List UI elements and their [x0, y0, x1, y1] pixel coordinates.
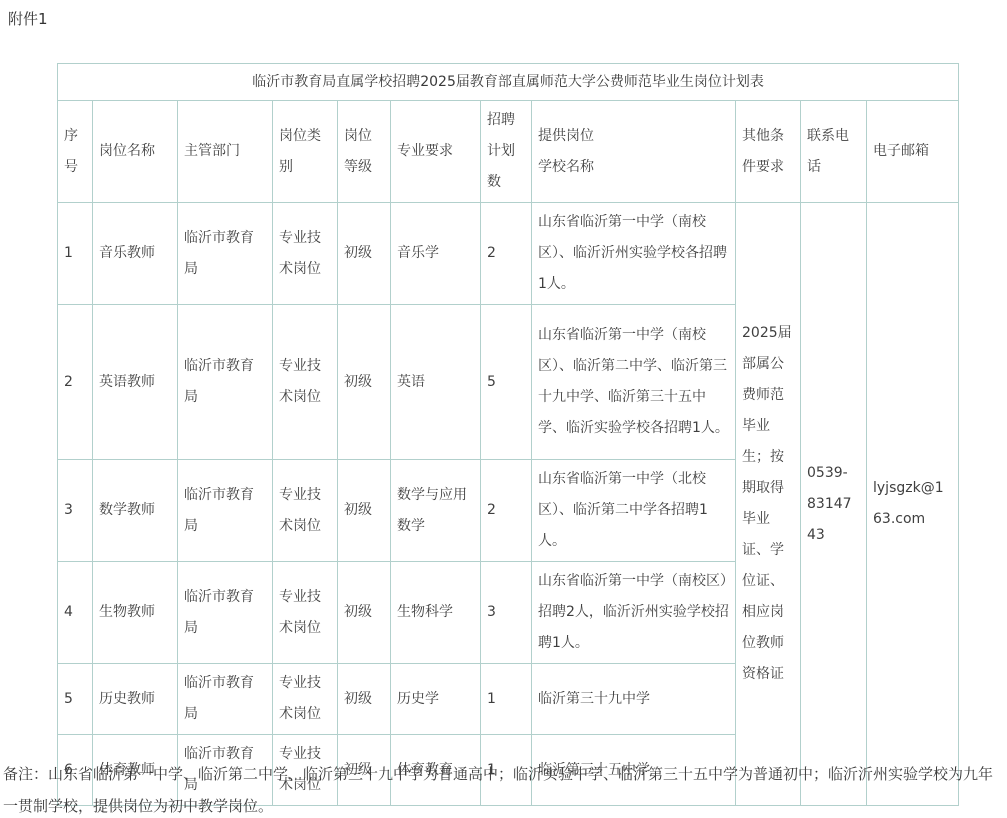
- cell-post-name: 生物教师: [93, 562, 178, 664]
- cell-other-requirements: 2025届部属公费师范毕业生；按期取得毕业证、学位证、相应岗位教师资格证: [736, 203, 801, 806]
- header-major-requirement: 专业要求: [391, 101, 481, 203]
- cell-serial-number: 5: [58, 664, 93, 735]
- cell-schools: 山东省临沂第一中学（南校区）、临沂第二中学、临沂第三十九中学、临沂第三十五中学、…: [532, 305, 736, 460]
- table-header-row: 序 号 岗位名称 主管部门 岗位类 别 岗位 等级 专业要求 招聘 计划数 提供…: [58, 101, 959, 203]
- cell-major: 历史学: [391, 664, 481, 735]
- header-post-grade: 岗位 等级: [338, 101, 391, 203]
- cell-department: 临沂市教育局: [178, 664, 273, 735]
- cell-post-name: 历史教师: [93, 664, 178, 735]
- cell-major: 英语: [391, 305, 481, 460]
- cell-post-name: 英语教师: [93, 305, 178, 460]
- header-supervising-department: 主管部门: [178, 101, 273, 203]
- cell-count: 5: [481, 305, 532, 460]
- cell-post-category: 专业技术岗位: [273, 305, 338, 460]
- cell-post-name: 数学教师: [93, 460, 178, 562]
- cell-post-category: 专业技术岗位: [273, 562, 338, 664]
- table-title: 临沂市教育局直属学校招聘2025届教育部直属师范大学公费师范毕业生岗位计划表: [58, 64, 959, 101]
- cell-post-category: 专业技术岗位: [273, 203, 338, 305]
- cell-serial-number: 4: [58, 562, 93, 664]
- header-post-name: 岗位名称: [93, 101, 178, 203]
- table-row: 1 音乐教师 临沂市教育局 专业技术岗位 初级 音乐学 2 山东省临沂第一中学（…: [58, 203, 959, 305]
- cell-schools: 山东省临沂第一中学（南校区）招聘2人，临沂沂州实验学校招聘1人。: [532, 562, 736, 664]
- cell-serial-number: 1: [58, 203, 93, 305]
- cell-count: 2: [481, 203, 532, 305]
- cell-department: 临沂市教育局: [178, 203, 273, 305]
- cell-serial-number: 2: [58, 305, 93, 460]
- cell-post-category: 专业技术岗位: [273, 664, 338, 735]
- cell-post-grade: 初级: [338, 203, 391, 305]
- cell-count: 3: [481, 562, 532, 664]
- header-email: 电子邮箱: [867, 101, 959, 203]
- page: 附件1 临沂市教育局直属学校招聘2025届教育部直属师范大学公费师范毕业生岗位计…: [0, 0, 1007, 818]
- cell-contact-phone: 0539-8314743: [801, 203, 867, 806]
- cell-department: 临沂市教育局: [178, 562, 273, 664]
- header-planned-count: 招聘 计划数: [481, 101, 532, 203]
- table-note: 备注：山东省临沂第一中学、临沂第二中学、临沂第三十九中学为普通高中；临沂实验中学…: [3, 758, 1005, 818]
- cell-department: 临沂市教育局: [178, 460, 273, 562]
- cell-post-grade: 初级: [338, 305, 391, 460]
- attachment-label: 附件1: [8, 8, 48, 29]
- recruitment-table: 临沂市教育局直属学校招聘2025届教育部直属师范大学公费师范毕业生岗位计划表 序…: [57, 63, 959, 806]
- cell-major: 数学与应用数学: [391, 460, 481, 562]
- cell-email: lyjsgzk@163.com: [867, 203, 959, 806]
- cell-schools: 山东省临沂第一中学（南校区）、临沂沂州实验学校各招聘1人。: [532, 203, 736, 305]
- table-title-row: 临沂市教育局直属学校招聘2025届教育部直属师范大学公费师范毕业生岗位计划表: [58, 64, 959, 101]
- cell-post-category: 专业技术岗位: [273, 460, 338, 562]
- header-school-names: 提供岗位 学校名称: [532, 101, 736, 203]
- cell-schools: 临沂第三十九中学: [532, 664, 736, 735]
- cell-major: 音乐学: [391, 203, 481, 305]
- cell-department: 临沂市教育局: [178, 305, 273, 460]
- cell-count: 2: [481, 460, 532, 562]
- cell-count: 1: [481, 664, 532, 735]
- cell-post-grade: 初级: [338, 664, 391, 735]
- header-post-category: 岗位类 别: [273, 101, 338, 203]
- cell-post-grade: 初级: [338, 460, 391, 562]
- cell-schools: 山东省临沂第一中学（北校区）、临沂第二中学各招聘1人。: [532, 460, 736, 562]
- cell-major: 生物科学: [391, 562, 481, 664]
- header-contact-phone: 联系电 话: [801, 101, 867, 203]
- header-other-requirements: 其他条 件要求: [736, 101, 801, 203]
- cell-post-grade: 初级: [338, 562, 391, 664]
- cell-serial-number: 3: [58, 460, 93, 562]
- header-serial-number: 序 号: [58, 101, 93, 203]
- cell-post-name: 音乐教师: [93, 203, 178, 305]
